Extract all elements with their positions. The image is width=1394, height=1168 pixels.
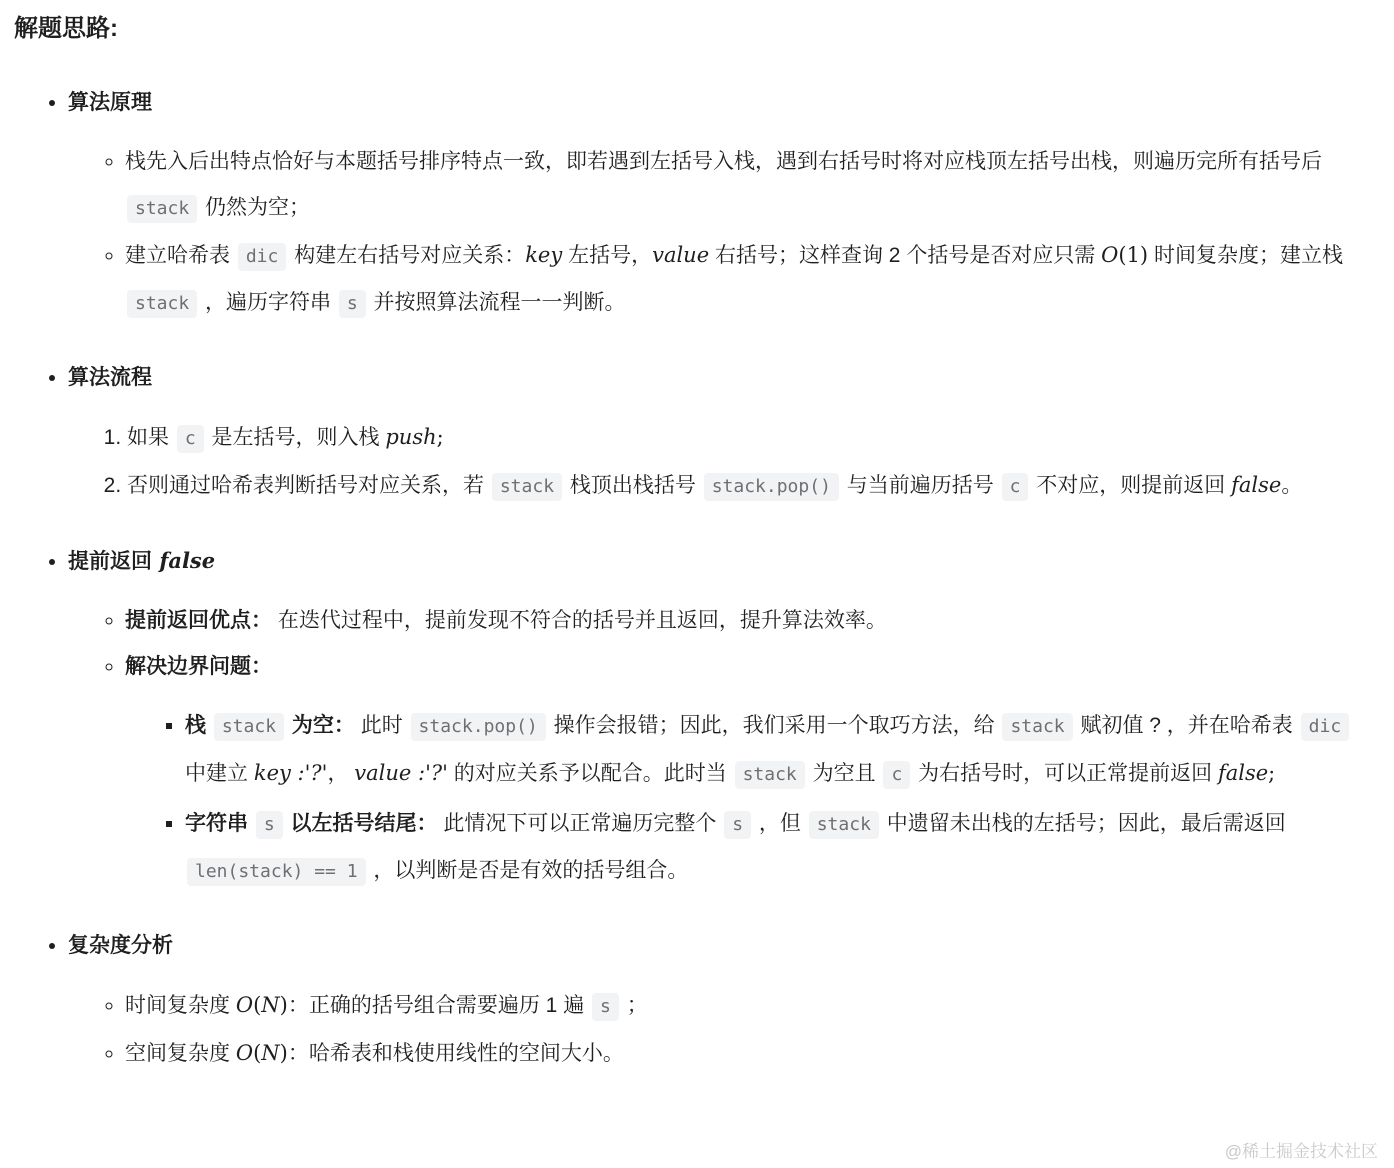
text-run: ，但 (753, 812, 807, 835)
text-run: 中建立 (185, 762, 254, 785)
text-run: ， (327, 762, 354, 785)
math-italic: false (1231, 473, 1281, 497)
watermark: @稀土掘金技术社区 (1225, 1142, 1378, 1162)
list-item: 栈 stack 为空： 此时 stack.pop() 操作会报错；因此，我们采用… (185, 703, 1358, 798)
text-run: 时间复杂度 (125, 994, 236, 1017)
text-run: 栈先入后出特点恰好与本题括号排序特点一致，即若遇到左括号入栈，遇到右括号时将对应… (125, 150, 1322, 173)
list-item: 空间复杂度 O(N)：哈希表和栈使用线性的空间大小。 (125, 1030, 1358, 1077)
inline-code: c (1002, 473, 1029, 501)
bold-text: 以左括号结尾： (291, 812, 438, 835)
text-run: 仍然为空； (199, 196, 310, 219)
text-run: 右括号；这样查询 2 个括号是否对应只需 (709, 244, 1101, 267)
sub-list: 栈先入后出特点恰好与本题括号排序特点一致，即若遇到左括号入栈，遇到右括号时将对应… (68, 139, 1358, 327)
math-italic: false (1218, 761, 1268, 785)
text-run: 为右括号时，可以正常提前返回 (912, 762, 1218, 785)
math-italic: push (385, 425, 436, 449)
math-upright: ) (280, 993, 288, 1017)
page-title: 解题思路: (14, 6, 1358, 52)
math-italic: O (236, 1041, 253, 1065)
inline-code: stack (1002, 713, 1072, 741)
math-upright: ) (280, 1041, 288, 1065)
text-run: 构建左右括号对应关系： (288, 244, 525, 267)
sub-list: 提前返回优点： 在迭代过程中，提前发现不符合的括号并且返回，提升算法效率。 解决… (68, 598, 1358, 895)
text-run: 的对应关系予以配合。此时当 (448, 762, 733, 785)
math-upright: ; (1268, 761, 1275, 785)
section-algorithm-principle: 算法原理 栈先入后出特点恰好与本题括号排序特点一致，即若遇到左括号入栈，遇到右括… (68, 80, 1358, 327)
inline-code: stack.pop() (704, 473, 839, 501)
paragraph: 字符串 s 以左括号结尾： 此情况下可以正常遍历完整个 s ，但 stack 中… (185, 801, 1358, 895)
bold-text: 算法原理 (68, 91, 152, 114)
list-item: 栈先入后出特点恰好与本题括号排序特点一致，即若遇到左括号入栈，遇到右括号时将对应… (125, 139, 1358, 232)
section-early-return-false: 提前返回 false 提前返回优点： 在迭代过程中，提前发现不符合的括号并且返回… (68, 538, 1358, 895)
text-run: ； (621, 994, 648, 1017)
bold-text: 为空： (292, 714, 355, 737)
inline-code: stack (735, 761, 805, 789)
top-level-list: 算法原理 栈先入后出特点恰好与本题括号排序特点一致，即若遇到左括号入栈，遇到右括… (14, 80, 1358, 1077)
paragraph: 时间复杂度 O(N)：正确的括号组合需要遍历 1 遍 s ； (125, 982, 1358, 1030)
text-run: 是左括号，则入栈 (206, 426, 386, 449)
text-run: 此情况下可以正常遍历完整个 (438, 812, 723, 835)
inline-code: dic (1301, 713, 1350, 741)
paragraph: 栈先入后出特点恰好与本题括号排序特点一致，即若遇到左括号入栈，遇到右括号时将对应… (125, 139, 1358, 232)
nested-sub-list: 栈 stack 为空： 此时 stack.pop() 操作会报错；因此，我们采用… (125, 703, 1358, 895)
text-run: 不对应，则提前返回 (1030, 474, 1231, 497)
inline-code: stack (214, 713, 284, 741)
inline-code: stack.pop() (411, 713, 546, 741)
math-italic: :'?' (291, 761, 328, 785)
inline-code: s (724, 811, 751, 839)
list-item: 提前返回优点： 在迭代过程中，提前发现不符合的括号并且返回，提升算法效率。 (125, 598, 1358, 644)
paragraph: 解决边界问题： (125, 644, 1358, 690)
bold-text: 算法流程 (68, 366, 152, 389)
text-run: 赋初值 ? ，并在哈希表 (1075, 714, 1299, 737)
math-italic: value (354, 761, 411, 785)
text-run: ，遍历字符串 (199, 291, 337, 314)
sub-list: 时间复杂度 O(N)：正确的括号组合需要遍历 1 遍 s ； 空间复杂度 O(N… (68, 982, 1358, 1077)
paragraph: 建立哈希表 dic 构建左右括号对应关系：key 左括号，value 右括号；这… (125, 232, 1358, 327)
bold-text: 栈 (185, 714, 206, 737)
text-run: 为空且 (807, 762, 882, 785)
math-italic: O (236, 993, 253, 1017)
inline-code: s (592, 993, 619, 1021)
text-run: 时间复杂度；建立栈 (1148, 244, 1343, 267)
bold-text: 提前返回优点： (125, 609, 272, 632)
bold-text: 提前返回 (68, 550, 152, 573)
list-item: 建立哈希表 dic 构建左右括号对应关系：key 左括号，value 右括号；这… (125, 232, 1358, 327)
text-run: 栈顶出栈括号 (564, 474, 702, 497)
text-run (206, 714, 212, 737)
list-item: 时间复杂度 O(N)：正确的括号组合需要遍历 1 遍 s ； (125, 982, 1358, 1030)
inline-code: stack (809, 811, 879, 839)
article-content: 解题思路: 算法原理 栈先入后出特点恰好与本题括号排序特点一致，即若遇到左括号入… (0, 0, 1394, 1077)
text-run: 与当前遍历括号 (841, 474, 1000, 497)
math-upright: ; (437, 425, 444, 449)
numbered-list: 如果 c 是左括号，则入栈 push; 否则通过哈希表判断括号对应关系，若 st… (68, 414, 1358, 510)
math-italic: key (525, 243, 562, 267)
inline-code: stack (127, 290, 197, 318)
text-run: 空间复杂度 (125, 1042, 236, 1065)
text-run: ，以判断是否是有效的括号组合。 (368, 859, 689, 882)
math-italic: value (652, 243, 709, 267)
section-heading: 算法原理 (68, 80, 1358, 126)
text-run: 操作会报错；因此，我们采用一个取巧方法，给 (548, 714, 1001, 737)
text-run: 否则通过哈希表判断括号对应关系，若 (127, 474, 490, 497)
math-italic: N (261, 993, 279, 1017)
section-complexity-analysis: 复杂度分析 时间复杂度 O(N)：正确的括号组合需要遍历 1 遍 s ； 空间复… (68, 923, 1358, 1077)
text-run (248, 812, 254, 835)
paragraph: 提前返回优点： 在迭代过程中，提前发现不符合的括号并且返回，提升算法效率。 (125, 598, 1358, 644)
text-run: 并按照算法流程一一判断。 (368, 291, 626, 314)
math-italic: O (1101, 243, 1118, 267)
inline-code: stack (492, 473, 562, 501)
section-heading: 提前返回 false (68, 538, 1358, 585)
math-italic: false (159, 548, 215, 573)
text-run: 如果 (127, 426, 175, 449)
list-item: 解决边界问题： 栈 stack 为空： 此时 stack.pop() 操作会报错… (125, 644, 1358, 895)
inline-code: s (339, 290, 366, 318)
text-run: ：正确的括号组合需要遍历 1 遍 (288, 994, 590, 1017)
text-run: 在迭代过程中，提前发现不符合的括号并且返回，提升算法效率。 (272, 609, 887, 632)
text-run: 。 (1281, 474, 1302, 497)
paragraph: 空间复杂度 O(N)：哈希表和栈使用线性的空间大小。 (125, 1030, 1358, 1077)
inline-code: c (883, 761, 910, 789)
inline-code: dic (238, 243, 287, 271)
paragraph: 如果 c 是左括号，则入栈 push; (127, 414, 1358, 462)
bold-text: 解决边界问题： (125, 655, 272, 678)
math-italic: key (254, 761, 291, 785)
inline-code: len(stack) == 1 (187, 858, 366, 886)
list-item: 字符串 s 以左括号结尾： 此情况下可以正常遍历完整个 s ，但 stack 中… (185, 801, 1358, 895)
bold-text: 复杂度分析 (68, 934, 173, 957)
math-upright: (1) (1118, 243, 1148, 267)
paragraph: 栈 stack 为空： 此时 stack.pop() 操作会报错；因此，我们采用… (185, 703, 1358, 798)
inline-code: c (177, 425, 204, 453)
bold-text: 字符串 (185, 812, 248, 835)
text-run: 建立哈希表 (125, 244, 236, 267)
text-run: 中遗留未出栈的左括号；因此，最后需返回 (881, 812, 1286, 835)
text-run: 左括号， (562, 244, 652, 267)
section-heading: 算法流程 (68, 355, 1358, 401)
list-item: 否则通过哈希表判断括号对应关系，若 stack 栈顶出栈括号 stack.pop… (127, 462, 1358, 510)
inline-code: s (256, 811, 283, 839)
section-algorithm-flow: 算法流程 如果 c 是左括号，则入栈 push; 否则通过哈希表判断括号对应关系… (68, 355, 1358, 510)
list-item: 如果 c 是左括号，则入栈 push; (127, 414, 1358, 462)
math-italic: :'?' (411, 761, 448, 785)
text-run: ：哈希表和栈使用线性的空间大小。 (288, 1042, 624, 1065)
text-run: 此时 (355, 714, 409, 737)
paragraph: 否则通过哈希表判断括号对应关系，若 stack 栈顶出栈括号 stack.pop… (127, 462, 1358, 510)
inline-code: stack (127, 195, 197, 223)
section-heading: 复杂度分析 (68, 923, 1358, 969)
math-italic: N (261, 1041, 279, 1065)
